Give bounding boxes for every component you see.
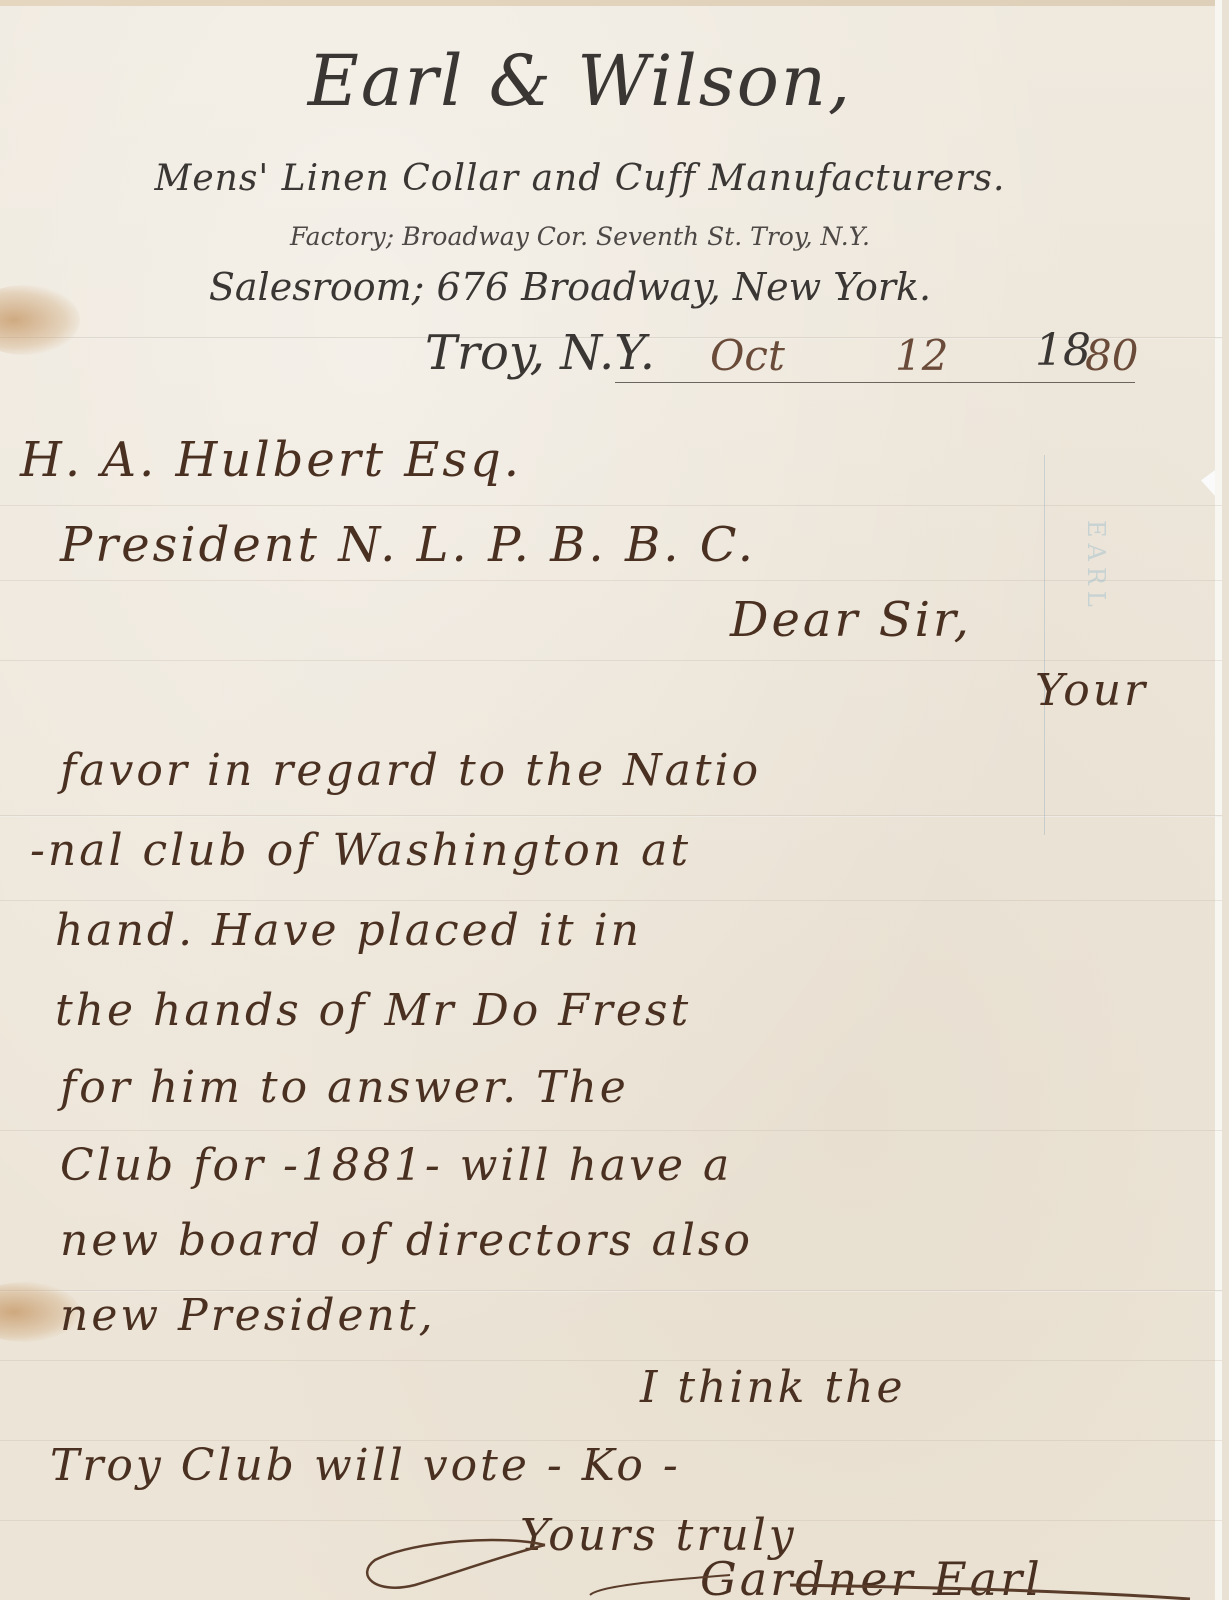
dateline: Troy, N.Y. Oct 12 18 80 (425, 325, 655, 381)
body-line: for him to answer. The (60, 1062, 629, 1113)
body-line: Your (1035, 665, 1148, 716)
date-rule (615, 382, 1135, 383)
closing-flourish (355, 1525, 555, 1600)
body-line: -nal club of Washington at (30, 825, 691, 876)
ruled-line (0, 580, 1222, 581)
date-month: Oct (710, 331, 785, 380)
date-year-hand: 80 (1085, 331, 1138, 380)
water-stain (0, 285, 80, 355)
paper-top-edge (0, 0, 1222, 6)
letterhead-company: Earl & Wilson, (300, 40, 860, 122)
body-line: the hands of Mr Do Frest (55, 985, 691, 1036)
ruled-line (0, 900, 1222, 901)
margin-line (1044, 455, 1045, 835)
body-line: I think the (640, 1362, 906, 1413)
ruled-line (0, 660, 1222, 661)
letterhead-description: Mens' Linen Collar and Cuff Manufacturer… (120, 158, 1040, 199)
ruled-line (0, 1130, 1222, 1131)
recipient-title: President N. L. P. B. B. C. (60, 517, 756, 573)
edge-tear (1201, 470, 1215, 496)
ruled-line (0, 505, 1222, 506)
recipient-name: H. A. Hulbert Esq. (20, 432, 522, 488)
ruled-line (0, 1360, 1222, 1361)
date-year-printed: 18 (1035, 325, 1091, 376)
fold-crease (0, 815, 1222, 817)
body-line: new President, (60, 1290, 436, 1341)
body-line: favor in regard to the Natio (60, 745, 761, 796)
letter-sheet: EARL Earl & Wilson, Mens' Linen Collar a… (0, 0, 1222, 1600)
date-day: 12 (895, 331, 948, 380)
signature-flourish (580, 1535, 1220, 1600)
salutation: Dear Sir, (730, 592, 972, 648)
body-line: Troy Club will vote - Ko - (50, 1440, 681, 1491)
body-line: new board of directors also (60, 1215, 753, 1266)
letterhead-factory-address: Factory; Broadway Cor. Seventh St. Troy,… (230, 222, 930, 251)
date-place: Troy, N.Y. (425, 325, 655, 381)
letterhead-salesroom-address: Salesroom; 676 Broadway, New York. (200, 265, 940, 309)
body-line: hand. Have placed it in (55, 905, 642, 956)
body-line: Club for -1881- will have a (60, 1140, 732, 1191)
